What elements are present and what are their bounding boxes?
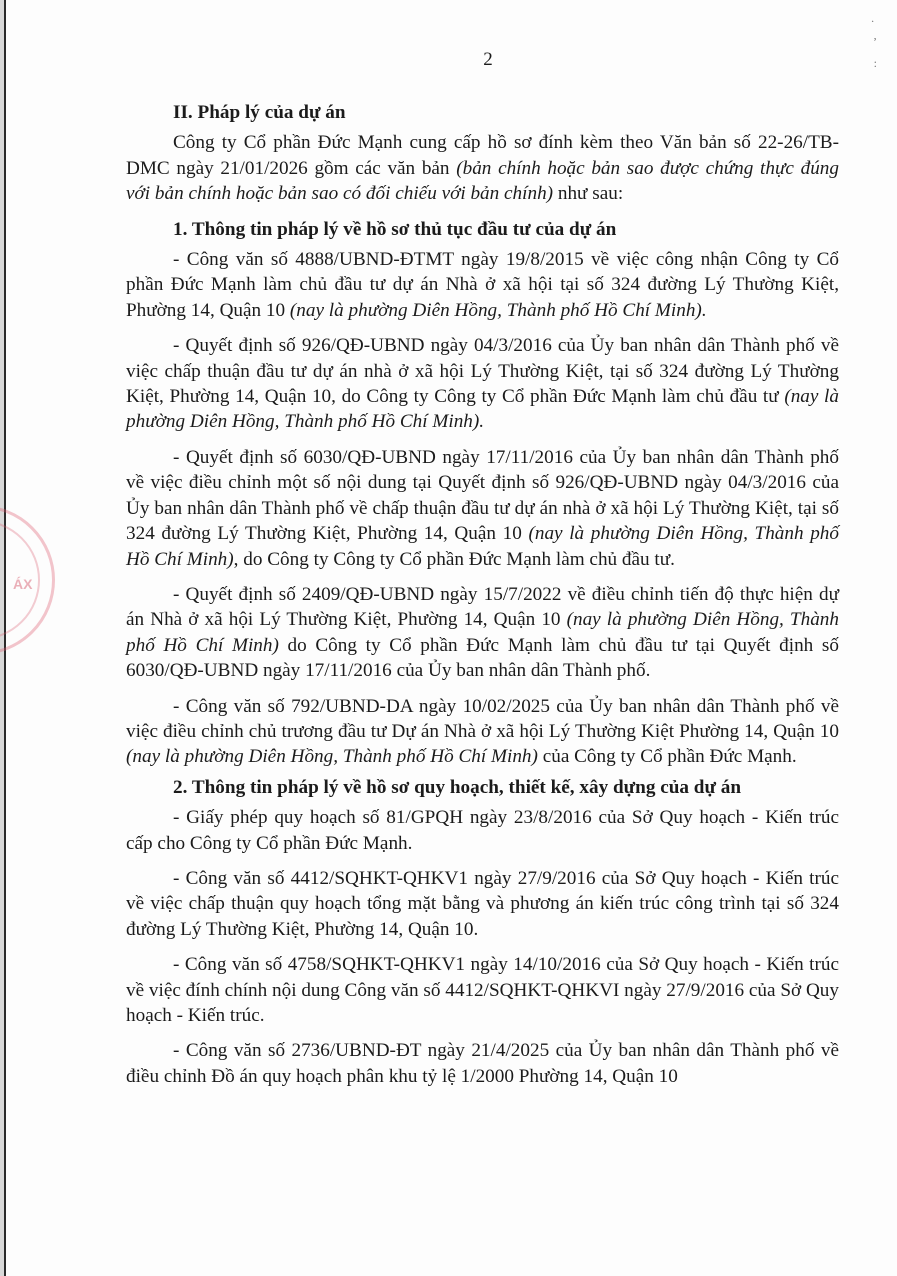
- subsection-investment: 1. Thông tin pháp lý về hồ sơ thủ tục đầ…: [126, 217, 839, 770]
- subsection-title: 1. Thông tin pháp lý về hồ sơ thủ tục đầ…: [126, 217, 839, 242]
- red-seal-stamp: ÁX: [0, 505, 55, 655]
- item-text: - Công văn số 4412/SQHKT-QHKV1 ngày 27/9…: [126, 868, 839, 940]
- list-item: - Giấy phép quy hoạch số 81/GPQH ngày 23…: [126, 805, 839, 856]
- list-item: - Công văn số 4412/SQHKT-QHKV1 ngày 27/9…: [126, 866, 839, 942]
- intro-paragraph: Công ty Cổ phần Đức Mạnh cung cấp hồ sơ …: [126, 130, 839, 206]
- intro-tail: như sau:: [553, 183, 623, 204]
- subsection-planning: 2. Thông tin pháp lý về hồ sơ quy hoạch,…: [126, 775, 839, 1089]
- list-item: - Quyết định số 2409/QĐ-UBND ngày 15/7/2…: [126, 582, 839, 684]
- item-text: - Công văn số 2736/UBND-ĐT ngày 21/4/202…: [126, 1040, 839, 1086]
- page-number: 2: [0, 49, 897, 71]
- item-italic: (nay là phường Diên Hồng, Thành phố Hồ C…: [290, 300, 707, 321]
- item-italic: (nay là phường Diên Hồng, Thành phố Hồ C…: [126, 746, 538, 767]
- item-text: - Quyết định số 926/QĐ-UBND ngày 04/3/20…: [126, 335, 839, 407]
- list-item: - Công văn số 2736/UBND-ĐT ngày 21/4/202…: [126, 1038, 839, 1089]
- item-text: - Công văn số 4758/SQHKT-QHKV1 ngày 14/1…: [126, 954, 839, 1026]
- list-item: - Công văn số 4888/UBND-ĐTMT ngày 19/8/2…: [126, 247, 839, 323]
- subsection-title: 2. Thông tin pháp lý về hồ sơ quy hoạch,…: [126, 775, 839, 800]
- list-item: - Công văn số 792/UBND-DA ngày 10/02/202…: [126, 694, 839, 770]
- document-body: II. Pháp lý của dự án Công ty Cổ phần Đứ…: [126, 100, 839, 1099]
- list-item: - Quyết định số 926/QĐ-UBND ngày 04/3/20…: [126, 333, 839, 435]
- item-tail: , do Công ty Công ty Cổ phần Đức Mạnh là…: [234, 549, 675, 570]
- list-item: - Quyết định số 6030/QĐ-UBND ngày 17/11/…: [126, 445, 839, 572]
- item-text: - Công văn số 792/UBND-DA ngày 10/02/202…: [126, 696, 839, 742]
- item-tail: của Công ty Cổ phần Đức Mạnh.: [538, 746, 797, 767]
- item-text: - Giấy phép quy hoạch số 81/GPQH ngày 23…: [126, 807, 839, 853]
- list-item: - Công văn số 4758/SQHKT-QHKV1 ngày 14/1…: [126, 952, 839, 1028]
- stamp-text: ÁX: [13, 576, 32, 592]
- section-title: II. Pháp lý của dự án: [126, 100, 839, 125]
